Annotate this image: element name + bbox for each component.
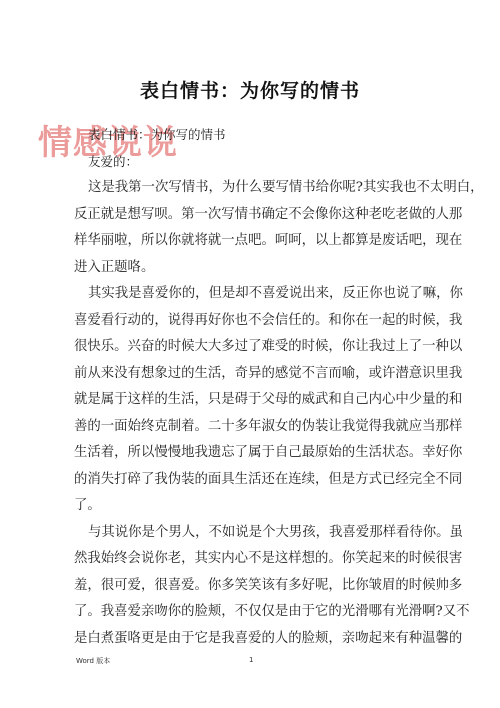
text-line: 这是我第一次写情书，为什么要写情书给你呢?其实我也不太明白， [74, 175, 426, 202]
text-line: 样华丽啦，所以你就将就一点吧。呵呵，以上都算是废话吧，现在 [74, 228, 426, 255]
text-line: 是白煮蛋咯更是由于它是我喜爱的人的脸颊，亲吻起来有种温馨的 [74, 626, 426, 653]
text-line: 然我始终会说你老，其实内心不是这样想的。你笑起来的时候很害 [74, 546, 426, 573]
text-line: 生活着，所以慢慢地我遗忘了属于自己最原始的生活状态。幸好你 [74, 440, 426, 467]
text-line: 进入正题咯。 [74, 255, 426, 282]
text-line: 反正就是想写呗。第一次写情书确定不会像你这种老吃老做的人那 [74, 202, 426, 229]
footer-label: Word 版本 [76, 656, 110, 666]
text-line: 善的一面始终克制着。二十多年淑女的伪装让我觉得我就应当那样 [74, 414, 426, 441]
text-line: 很快乐。兴奋的时候大大多过了难受的时候，你让我过上了一种以 [74, 334, 426, 361]
text-line: 了。 [74, 493, 426, 520]
document-body: 表白情书：为你写的情书 友爱的： 这是我第一次写情书，为什么要写情书给你呢?其实… [74, 122, 426, 652]
text-line: 的消失打碎了我伪装的面具生活还在连续，但是方式已经完全不同 [74, 467, 426, 494]
text-line: 了。我喜爱亲吻你的脸颊，不仅仅是由于它的光滑哪有光滑啊?又不 [74, 599, 426, 626]
text-line: 前从来没有想象过的生活，奇异的感觉不言而喻，或许潜意识里我 [74, 361, 426, 388]
page-number: 1 [249, 656, 253, 664]
text-line: 与其说你是个男人，不如说是个大男孩，我喜爱那样看待你。虽 [74, 520, 426, 547]
text-line: 羞，很可爱，很喜爱。你多笑笑该有多好呢，比你皱眉的时候帅多 [74, 573, 426, 600]
text-line: 其实我是喜爱你的，但是却不喜爱说出来，反正你也说了嘛，你 [74, 281, 426, 308]
paragraph-lines: 这是我第一次写情书，为什么要写情书给你呢?其实我也不太明白，反正就是想写呗。第一… [74, 175, 426, 652]
document-title: 表白情书：为你写的情书 [0, 76, 500, 103]
text-line: 就是属于这样的生活，只是碍于父母的威武和自己内心中少量的和 [74, 387, 426, 414]
text-line: 喜爱看行动的，说得再好你也不会信任的。和你在一起的时候，我 [74, 308, 426, 335]
subtitle: 表白情书：为你写的情书 [74, 122, 426, 149]
salutation: 友爱的： [74, 149, 426, 176]
